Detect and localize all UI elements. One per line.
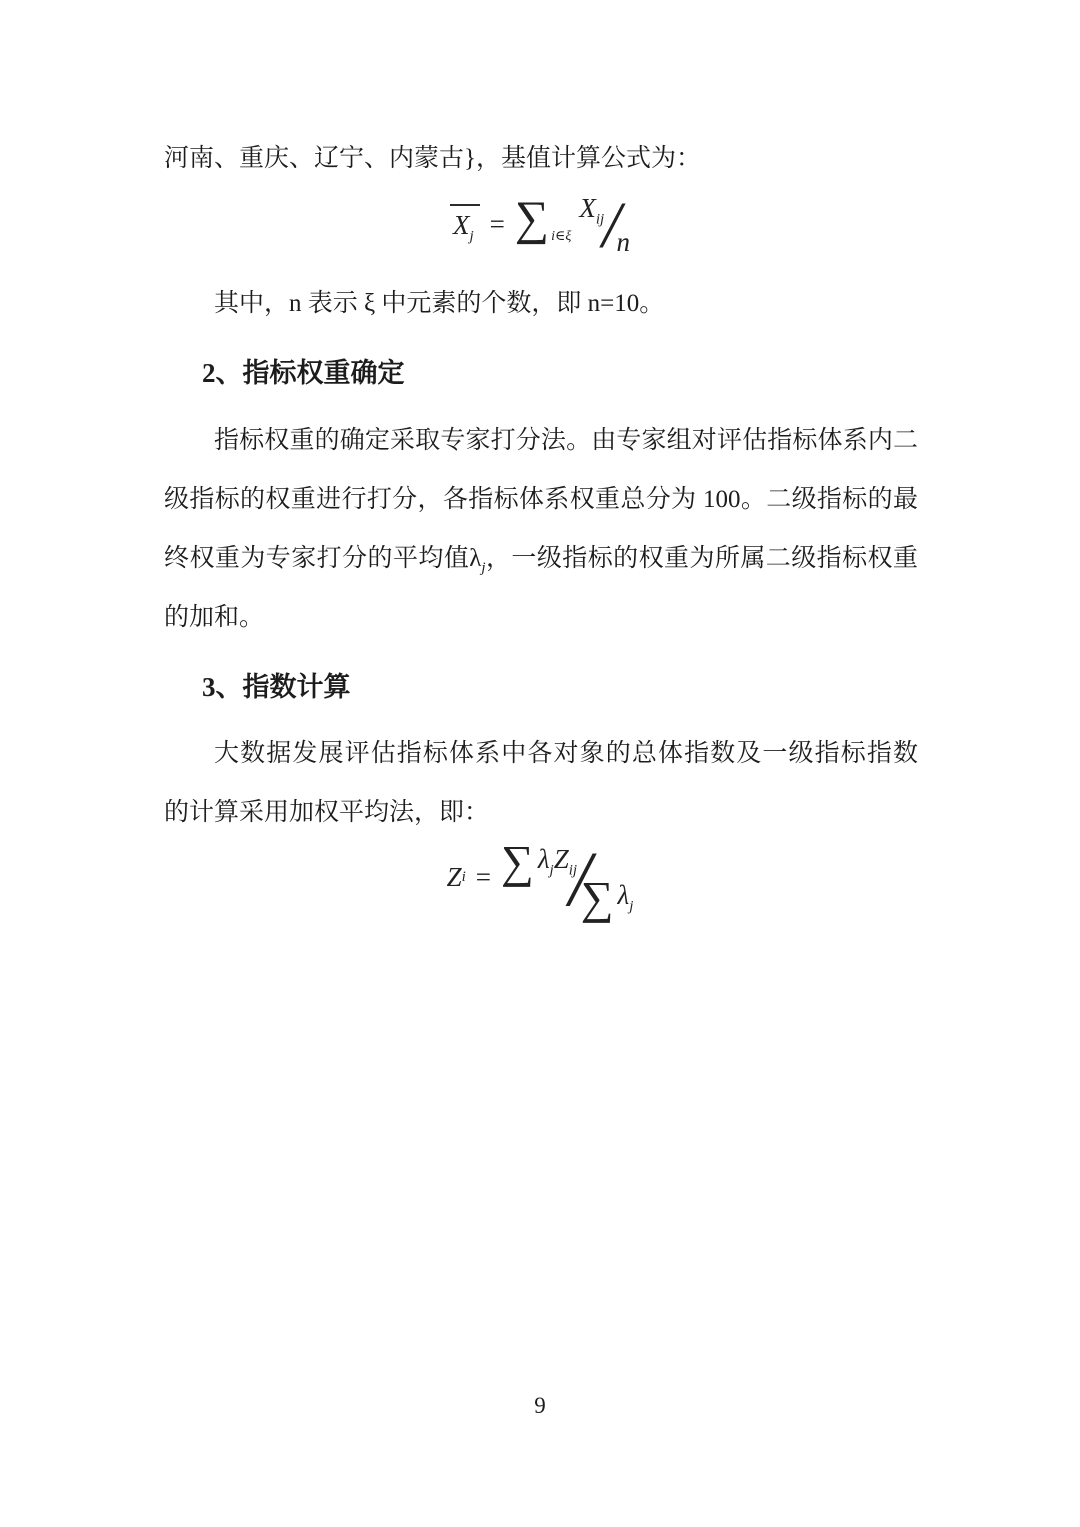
formula1-denominator: n — [617, 227, 631, 258]
formula1-lhs-sub: j — [469, 228, 473, 244]
formula-index: Zi = ∑ λjZij / ∑ λj — [0, 848, 1080, 907]
page-number: 9 — [0, 1393, 1080, 1419]
index-paragraph-line-1: 大数据发展评估指标体系中各对象的总体指数及一级指标指数 — [164, 737, 918, 771]
formula-base-value-body: Xj = ∑ i∈ξ Xij / n — [450, 198, 630, 251]
weight-paragraph-line-3: 终权重为专家打分的平均值λj，一级指标的权重为所属二级指标权重 — [164, 542, 918, 585]
formula1-num-base: X — [579, 193, 596, 223]
sum-symbol: ∑ — [515, 197, 549, 240]
weight-paragraph-line-1: 指标权重的确定采取专家打分法。由专家组对评估指标体系内二 — [164, 424, 918, 458]
section-heading-weight: 2、指标权重确定 — [202, 356, 405, 390]
numerator-z: Z — [554, 844, 569, 874]
formula1-lhs-base: X — [453, 210, 470, 240]
formula2-denominator: ∑ λj — [581, 877, 634, 918]
formula2-lhs-sub: i — [462, 869, 466, 886]
formula1-equals: = — [490, 209, 505, 240]
index-paragraph-line-2: 的计算采用加权平均法，即： — [164, 796, 918, 830]
xbar-term: Xj — [450, 204, 480, 245]
denominator-lambda: λ — [618, 880, 630, 910]
formula2-lhs-base: Z — [447, 862, 462, 893]
weight-paragraph-line-2: 级指标的权重进行打分，各指标体系权重总分为 100。二级指标的最 — [164, 483, 918, 517]
denominator-sum-symbol: ∑ — [581, 877, 614, 918]
formula1-numerator: Xij — [579, 193, 604, 228]
document-page: 河南、重庆、辽宁、内蒙古}，基值计算公式为： Xj = ∑ i∈ξ Xij / … — [0, 0, 1080, 1527]
sum-subscript: i∈ξ — [551, 228, 571, 245]
section-heading-index: 3、指数计算 — [202, 670, 351, 704]
formula-index-body: Zi = ∑ λjZij / ∑ λj — [447, 848, 634, 907]
formula2-numerator: ∑ λjZij — [501, 841, 577, 882]
denominator-lambda-sub: j — [629, 898, 633, 914]
note-text-line: 其中，n 表示 ξ 中元素的个数，即 n=10。 — [214, 287, 664, 321]
denominator-terms: λj — [618, 880, 634, 915]
formula2-equals: = — [476, 862, 491, 893]
weight-line3-post: ，一级指标的权重为所属二级指标权重 — [486, 545, 918, 572]
weight-line3-pre: 终权重为专家打分的平均值λ — [164, 545, 481, 572]
weight-paragraph-line-4: 的加和。 — [164, 601, 918, 635]
intro-text-line: 河南、重庆、辽宁、内蒙古}，基值计算公式为： — [164, 142, 701, 176]
numerator-lambda: λ — [538, 844, 550, 874]
numerator-sum-symbol: ∑ — [501, 841, 534, 882]
formula-base-value: Xj = ∑ i∈ξ Xij / n — [0, 198, 1080, 251]
